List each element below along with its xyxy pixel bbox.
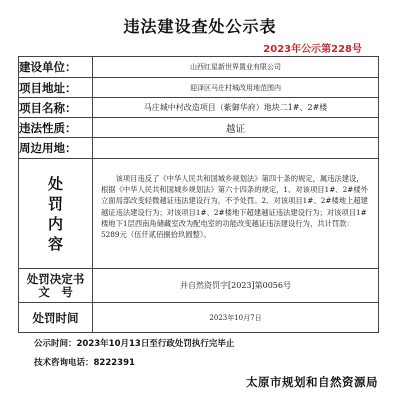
decision-number-value: 并自然资罚字[2023]第0056号 [93,269,379,303]
decision-label-line2: 文 号 [19,286,92,299]
violation-table: 建设单位： 山西红星新世界置业有限公司 项目地址： 迎泽区马庄村城改用地范围内 … [18,56,379,333]
penalty-label-char: 罚 [19,194,92,214]
table-row-penalty: 处 罚 内 容 该项目违反了《中华人民共和国城乡规划法》第四十条的规定，属违法建… [19,159,379,269]
table-row-developer: 建设单位： 山西红星新世界置业有限公司 [19,57,379,78]
penalty-label-char: 容 [19,234,92,254]
violation-type-value: 越证 [93,118,379,138]
table-row-penalty-time: 处罚时间 2023年10月7日 [19,303,379,333]
document-title: 违法建设查处公示表 [0,14,400,37]
surrounding-land-value [93,138,379,159]
penalty-time-value: 2023年10月7日 [93,303,379,333]
developer-value: 山西红星新世界置业有限公司 [93,57,379,78]
row-label: 建设单位： [19,57,93,78]
penalty-label-char: 内 [19,214,92,234]
address-value: 迎泽区马庄村城改用地范围内 [93,78,379,98]
decision-label-line1: 处罚决定书 [19,273,92,286]
decision-label: 处罚决定书 文 号 [19,269,93,303]
row-label: 周边用地： [19,138,93,159]
notice-number: 2023年公示第228号 [263,40,362,55]
penalty-time-label: 处罚时间 [19,303,93,333]
row-label: 项目名称： [19,98,93,118]
table-row-address: 项目地址： 迎泽区马庄村城改用地范围内 [19,78,379,98]
penalty-label: 处 罚 内 容 [19,159,93,269]
issuing-agency: 太原市规划和自然资源局 [246,374,378,390]
table-row-project-name: 项目名称： 马庄城中村改造项目（紫御华府）地块二1#、2#楼 [19,98,379,118]
consultation-hotline: 技术咨询电话：8222391 [34,356,135,368]
penalty-content-cell: 该项目违反了《中华人民共和国城乡规划法》第四十条的规定，属违法建设，根据《中华人… [93,159,379,269]
project-name-value: 马庄城中村改造项目（紫御华府）地块二1#、2#楼 [93,98,379,118]
publicity-period: 公示时间：2023年10月13日至行政处罚执行完毕止 [34,337,234,349]
row-label: 项目地址： [19,78,93,98]
penalty-label-char: 处 [19,174,92,194]
row-label: 违法性质： [19,118,93,138]
table-row-surrounding-land: 周边用地： [19,138,379,159]
table-row-violation-type: 违法性质： 越证 [19,118,379,138]
penalty-content: 该项目违反了《中华人民共和国城乡规划法》第四十条的规定，属违法建设，根据《中华人… [93,173,378,254]
table-row-decision-number: 处罚决定书 文 号 并自然资罚字[2023]第0056号 [19,269,379,303]
